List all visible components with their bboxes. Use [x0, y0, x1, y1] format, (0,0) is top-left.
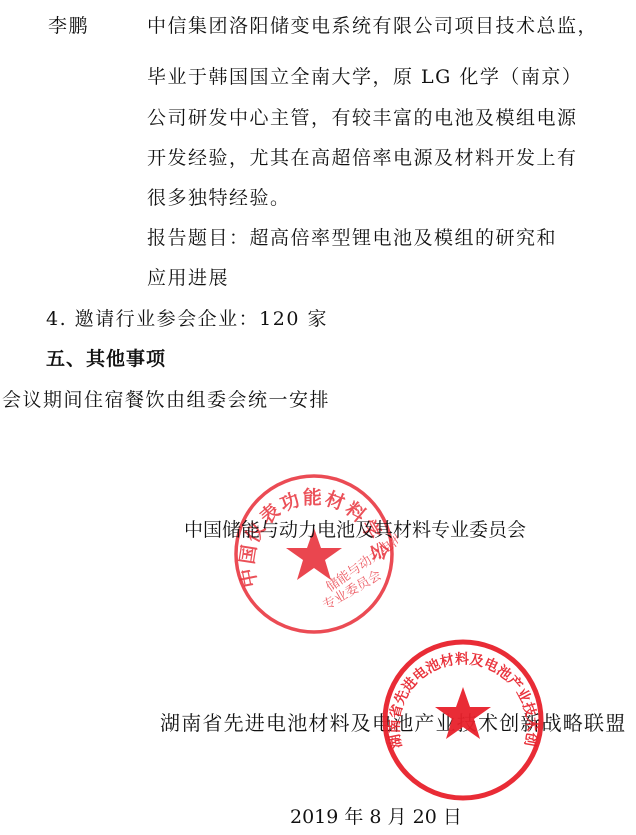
- svg-text:专业委员会: 专业委员会: [320, 567, 384, 613]
- red-seal-stamp-icon: 中国仪表功能材料学会 储能与动力电池 专业委员会: [230, 470, 398, 638]
- speaker-bio-line: 公司研发中心主管，有较丰富的电池及模组电源: [147, 106, 578, 130]
- speaker-bio-line: 很多独特经验。: [147, 186, 291, 210]
- document-date: 2019 年 8 月 20 日: [290, 805, 462, 829]
- report-title-line: 报告题目：超高倍率型锂电池及模组的研究和: [147, 226, 557, 250]
- signature-org-1: 中国储能与动力电池及其材料专业委员会: [184, 518, 526, 542]
- signature-org-2: 湖南省先进电池材料及电池产业技术创新战略联盟: [160, 711, 626, 735]
- speaker-bio-line: 毕业于韩国国立全南大学，原 LG 化学（南京）: [147, 65, 582, 89]
- speaker-name: 李鹏: [48, 14, 89, 38]
- speaker-bio-line: 开发经验，尤其在高超倍率电源及材料开发上有: [147, 146, 578, 170]
- section-heading: 五、其他事项: [46, 347, 166, 371]
- invited-companies-item: 4. 邀请行业参会企业：120 家: [46, 307, 328, 331]
- report-title-line: 应用进展: [147, 266, 229, 290]
- section-body: 会议期间住宿餐饮由组委会统一安排: [2, 388, 330, 412]
- speaker-bio-line: 中信集团洛阳储变电系统有限公司项目技术总监，: [147, 14, 598, 38]
